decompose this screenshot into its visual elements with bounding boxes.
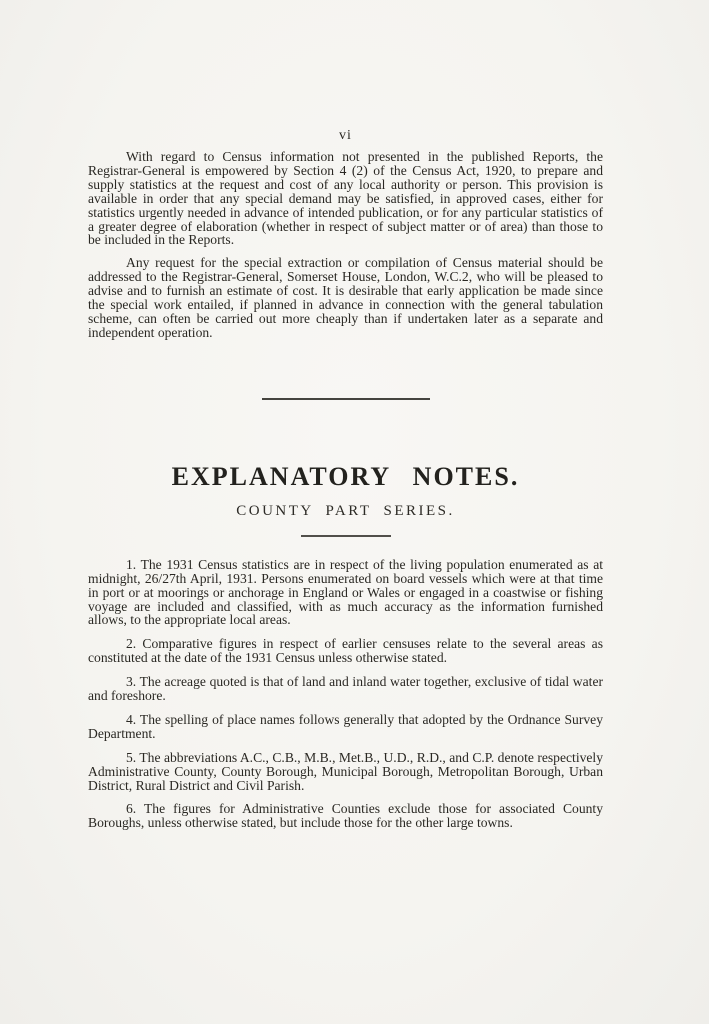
divider-rule-long [262, 398, 430, 400]
page-number: vi [88, 128, 603, 143]
divider-rule-short [301, 535, 391, 537]
notes-list: 1. The 1931 Census statistics are in res… [88, 558, 603, 831]
note-6: 6. The figures for Administrative Counti… [88, 802, 603, 830]
note-2: 2. Comparative figures in respect of ear… [88, 637, 603, 665]
section-heading: EXPLANATORY NOTES. [88, 462, 603, 492]
note-4: 4. The spelling of place names follows g… [88, 713, 603, 741]
intro-paragraph-2: Any request for the special extraction o… [88, 256, 603, 339]
document-page: vi With regard to Census information not… [0, 0, 709, 1024]
note-3: 3. The acreage quoted is that of land an… [88, 675, 603, 703]
note-5: 5. The abbreviations A.C., C.B., M.B., M… [88, 751, 603, 793]
section-subheading: COUNTY PART SERIES. [88, 502, 603, 520]
intro-paragraph-1: With regard to Census information not pr… [88, 150, 603, 247]
note-1: 1. The 1931 Census statistics are in res… [88, 558, 603, 628]
